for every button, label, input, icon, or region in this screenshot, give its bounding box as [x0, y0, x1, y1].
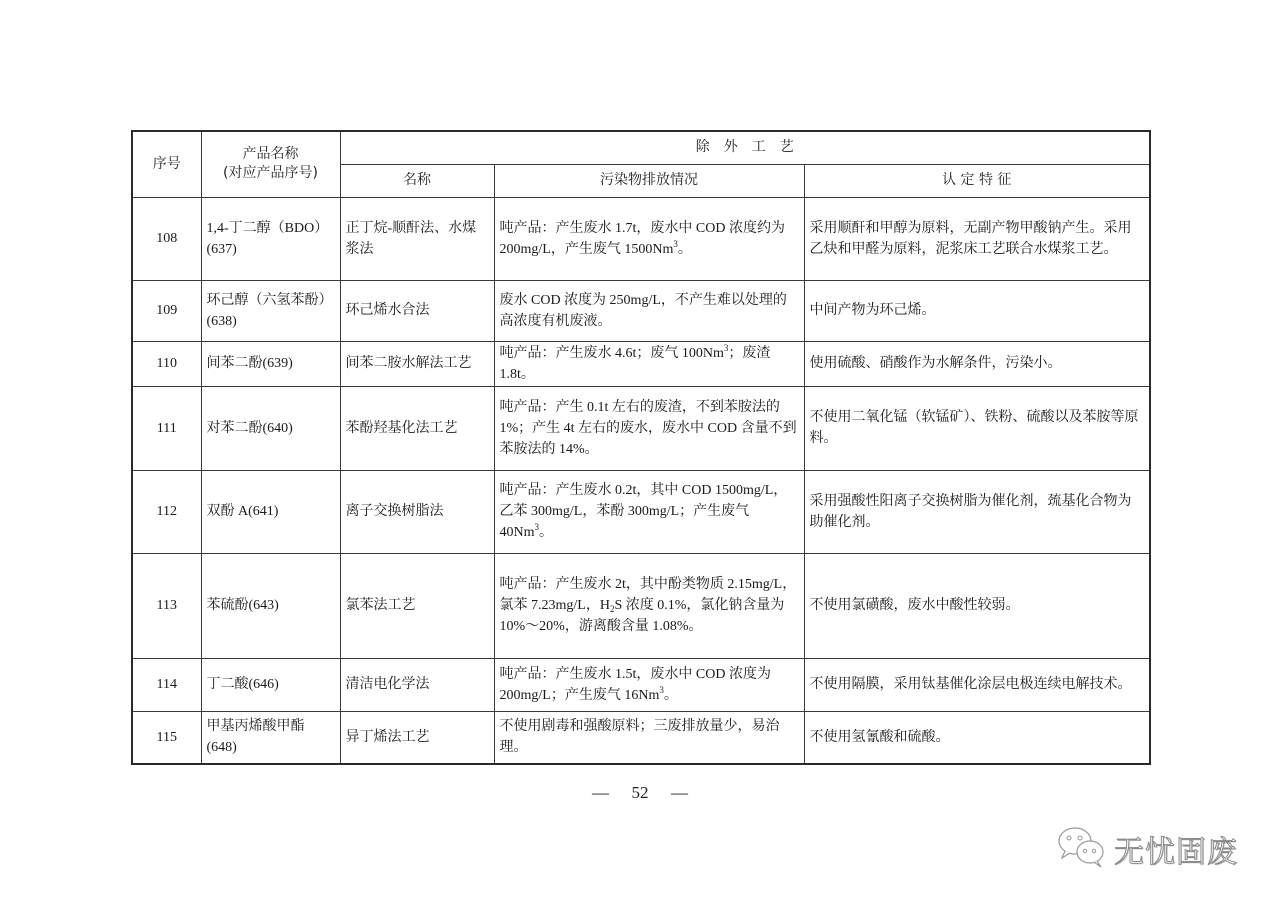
- cell-emissions: 废水 COD 浓度为 250mg/L，不产生难以处理的高浓度有机废液。: [494, 280, 804, 341]
- cell-seq: 113: [132, 553, 201, 658]
- document-page: 序号 产品名称 (对应产品序号) 除 外 工 艺 名称 污染物排放情况 认 定 …: [0, 0, 1280, 904]
- watermark-text: 无忧固废: [1114, 827, 1238, 871]
- table-row: 115甲基丙烯酸甲酯(648)异丁烯法工艺不使用剧毒和强酸原料；三废排放量少，易…: [132, 711, 1150, 764]
- table-body: 1081,4-丁二醇（BDO）(637)正丁烷-顺酐法、水煤浆法吨产品：产生废水…: [132, 197, 1150, 764]
- table-row: 109环己醇（六氢苯酚）(638)环己烯水合法废水 COD 浓度为 250mg/…: [132, 280, 1150, 341]
- page-number-dash-left: —: [592, 783, 609, 802]
- cell-product: 1,4-丁二醇（BDO）(637): [201, 197, 340, 280]
- cell-process: 异丁烯法工艺: [340, 711, 494, 764]
- cell-process: 清洁电化学法: [340, 658, 494, 711]
- cell-emissions: 吨产品：产生废水 2t，其中酚类物质 2.15mg/L，氯苯 7.23mg/L，…: [494, 553, 804, 658]
- cell-product: 双酚 A(641): [201, 470, 340, 553]
- table-row: 113苯硫酚(643)氯苯法工艺吨产品：产生废水 2t，其中酚类物质 2.15m…: [132, 553, 1150, 658]
- cell-product: 对苯二酚(640): [201, 386, 340, 470]
- cell-seq: 109: [132, 280, 201, 341]
- cell-features: 不使用隔膜，采用钛基催化涂层电极连续电解技术。: [804, 658, 1150, 711]
- cell-process: 正丁烷-顺酐法、水煤浆法: [340, 197, 494, 280]
- header-product-name-line2: (对应产品序号): [207, 164, 335, 183]
- table-row: 1081,4-丁二醇（BDO）(637)正丁烷-顺酐法、水煤浆法吨产品：产生废水…: [132, 197, 1150, 280]
- cell-emissions: 吨产品：产生废水 0.2t，其中 COD 1500mg/L，乙苯 300mg/L…: [494, 470, 804, 553]
- cell-product: 丁二酸(646): [201, 658, 340, 711]
- cell-product: 甲基丙烯酸甲酯(648): [201, 711, 340, 764]
- header-emissions: 污染物排放情况: [494, 164, 804, 197]
- excluded-process-table: 序号 产品名称 (对应产品序号) 除 外 工 艺 名称 污染物排放情况 认 定 …: [131, 130, 1151, 765]
- cell-features: 中间产物为环己烯。: [804, 280, 1150, 341]
- page-number-dash-right: —: [671, 783, 688, 802]
- cell-process: 环己烯水合法: [340, 280, 494, 341]
- table-row: 111对苯二酚(640)苯酚羟基化法工艺吨产品：产生 0.1t 左右的废渣，不到…: [132, 386, 1150, 470]
- watermark: 无忧固废: [1056, 824, 1238, 874]
- cell-features: 采用顺酐和甲醇为原料，无副产物甲酸钠产生。采用乙炔和甲醛为原料，泥浆床工艺联合水…: [804, 197, 1150, 280]
- cell-seq: 112: [132, 470, 201, 553]
- cell-process: 苯酚羟基化法工艺: [340, 386, 494, 470]
- cell-emissions: 吨产品：产生 0.1t 左右的废渣，不到苯胺法的 1%；产生 4t 左右的废水，…: [494, 386, 804, 470]
- cell-process: 氯苯法工艺: [340, 553, 494, 658]
- header-product-name: 产品名称 (对应产品序号): [201, 131, 340, 197]
- cell-product: 环己醇（六氢苯酚）(638): [201, 280, 340, 341]
- table-row: 112双酚 A(641)离子交换树脂法吨产品：产生废水 0.2t，其中 COD …: [132, 470, 1150, 553]
- cell-emissions: 吨产品：产生废水 1.5t，废水中 COD 浓度为 200mg/L；产生废气 1…: [494, 658, 804, 711]
- cell-emissions: 不使用剧毒和强酸原料；三废排放量少，易治理。: [494, 711, 804, 764]
- cell-process: 离子交换树脂法: [340, 470, 494, 553]
- cell-seq: 110: [132, 341, 201, 386]
- cell-process: 间苯二胺水解法工艺: [340, 341, 494, 386]
- header-seq: 序号: [132, 131, 201, 197]
- cell-features: 使用硫酸、硝酸作为水解条件，污染小。: [804, 341, 1150, 386]
- cell-seq: 111: [132, 386, 201, 470]
- header-excluded-process: 除 外 工 艺: [340, 131, 1150, 164]
- header-features: 认 定 特 征: [804, 164, 1150, 197]
- header-product-name-line1: 产品名称: [207, 145, 335, 164]
- table-row: 114丁二酸(646)清洁电化学法吨产品：产生废水 1.5t，废水中 COD 浓…: [132, 658, 1150, 711]
- cell-seq: 115: [132, 711, 201, 764]
- cell-emissions: 吨产品：产生废水 1.7t，废水中 COD 浓度约为 200mg/L，产生废气 …: [494, 197, 804, 280]
- cell-product: 苯硫酚(643): [201, 553, 340, 658]
- cell-product: 间苯二酚(639): [201, 341, 340, 386]
- cell-features: 不使用氢氰酸和硫酸。: [804, 711, 1150, 764]
- table-row: 110间苯二酚(639)间苯二胺水解法工艺吨产品：产生废水 4.6t；废气 10…: [132, 341, 1150, 386]
- cell-emissions: 吨产品：产生废水 4.6t；废气 100Nm3；废渣 1.8t。: [494, 341, 804, 386]
- cell-features: 不使用二氧化锰（软锰矿）、铁粉、硫酸以及苯胺等原料。: [804, 386, 1150, 470]
- header-process-name: 名称: [340, 164, 494, 197]
- cell-features: 采用强酸性阳离子交换树脂为催化剂，巯基化合物为助催化剂。: [804, 470, 1150, 553]
- page-number-value: 52: [632, 783, 649, 802]
- wechat-icon: [1056, 824, 1108, 875]
- page-number: — 52 —: [0, 783, 1280, 803]
- cell-seq: 108: [132, 197, 201, 280]
- cell-features: 不使用氯磺酸，废水中酸性较弱。: [804, 553, 1150, 658]
- cell-seq: 114: [132, 658, 201, 711]
